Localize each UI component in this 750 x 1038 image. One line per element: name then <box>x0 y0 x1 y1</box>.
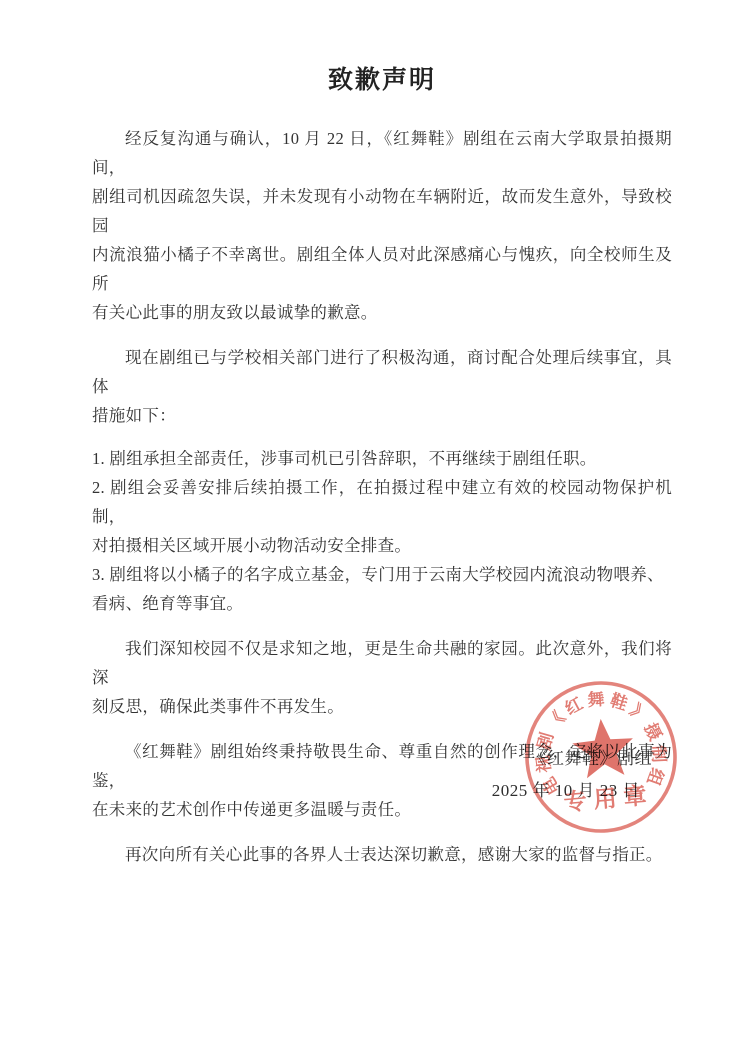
apology-letter-page: 致歉声明 /* title bound below via document.t… <box>0 0 750 1038</box>
signature-date: 2025 年 10 月 23 日 <box>492 776 640 801</box>
page-title: 致歉声明 <box>92 60 672 96</box>
list-item-responsibility: 1. 剧组承担全部责任，涉事司机已引咎辞职，不再继续于剧组任职。 <box>92 444 672 473</box>
paragraph-measures-intro: 现在剧组已与学校相关部门进行了积极沟通，商讨配合处理后续事宜，具体 措施如下： <box>92 343 672 430</box>
list-item-fund: 3. 剧组将以小橘子的名字成立基金，专门用于云南大学校园内流浪动物喂养、 看病、… <box>92 560 672 618</box>
paragraph-incident: 经反复沟通与确认，10 月 22 日，《红舞鞋》剧组在云南大学取景拍摄期间， 剧… <box>92 124 672 327</box>
paragraph-closing: 再次向所有关心此事的各界人士表达深切歉意，感谢大家的监督与指正。 <box>92 840 672 869</box>
measures-list: 1. 剧组承担全部责任，涉事司机已引咎辞职，不再继续于剧组任职。 2. 剧组会妥… <box>92 444 672 618</box>
signature-name: 《红舞鞋》剧组 <box>530 744 653 769</box>
paragraph-reflection: 我们深知校园不仅是求知之地，更是生命共融的家园。此次意外，我们将深 刻反思，确保… <box>92 634 672 721</box>
list-item-protection-mechanism: 2. 剧组会妥善安排后续拍摄工作，在拍摄过程中建立有效的校园动物保护机制， 对拍… <box>92 473 672 560</box>
